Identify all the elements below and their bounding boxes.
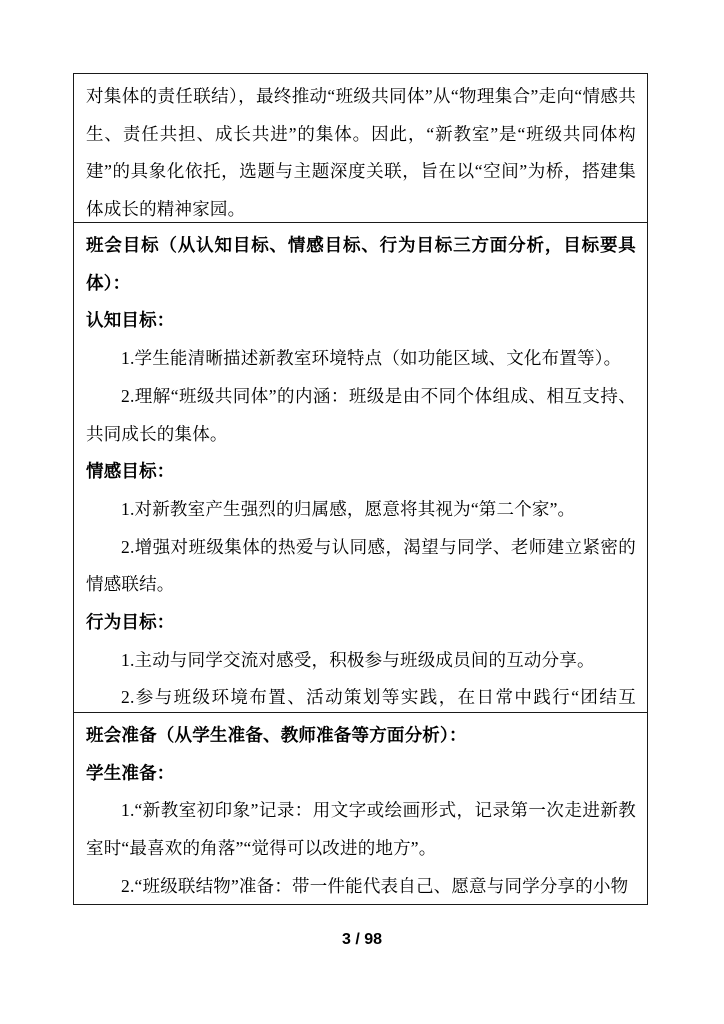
paragraph: 2.“班级联结物”准备：带一件能代表自己、愿意与同学分享的小物: [86, 868, 636, 903]
table-row-meeting-preparation: 班会准备（从学生准备、教师准备等方面分析）：学生准备：1.“新教室初印象”记录：…: [74, 712, 647, 903]
paragraph: 1.学生能清晰描述新教室环境特点（如功能区域、文化布置等）。: [86, 340, 636, 378]
paragraph: 班会准备（从学生准备、教师准备等方面分析）：: [86, 717, 636, 755]
paragraph: 对集体的责任联结），最终推动“班级共同体”从“物理集合”走向“情感共生、责任共担…: [86, 78, 636, 222]
paragraph: 认知目标：: [86, 302, 636, 340]
paragraph: 班会目标（从认知目标、情感目标、行为目标三方面分析，目标要具体）：: [86, 227, 636, 302]
paragraph: 2.参与班级环境布置、活动策划等实践，在日常中践行“团结互助、责任担当”的行为（…: [86, 679, 636, 712]
paragraph: 行为目标：: [86, 604, 636, 642]
table-row-topic-rationale: 对集体的责任联结），最终推动“班级共同体”从“物理集合”走向“情感共生、责任共担…: [74, 74, 647, 222]
paragraph: 1.对新教室产生强烈的归属感，愿意将其视为“第二个家”。: [86, 491, 636, 529]
doc-page: { "colors": { "background": "#ffffff", "…: [0, 0, 724, 1024]
paragraph: 2.理解“班级共同体”的内涵：班级是由不同个体组成、相互支持、共同成长的集体。: [86, 378, 636, 453]
paragraph: 2.增强对班级集体的热爱与认同感，渴望与同学、老师建立紧密的情感联结。: [86, 529, 636, 604]
page-number: 3 / 98: [0, 929, 724, 951]
paragraph: 情感目标：: [86, 453, 636, 491]
paragraph: 1.主动与同学交流对感受，积极参与班级成员间的互动分享。: [86, 642, 636, 680]
paragraph: 学生准备：: [86, 755, 636, 793]
content-table: 对集体的责任联结），最终推动“班级共同体”从“物理集合”走向“情感共生、责任共担…: [73, 73, 648, 905]
table-row-meeting-goals: 班会目标（从认知目标、情感目标、行为目标三方面分析，目标要具体）：认知目标：1.…: [74, 222, 647, 712]
paragraph: 1.“新教室初印象”记录：用文字或绘画形式，记录第一次走进新教室时“最喜欢的角落…: [86, 792, 636, 867]
